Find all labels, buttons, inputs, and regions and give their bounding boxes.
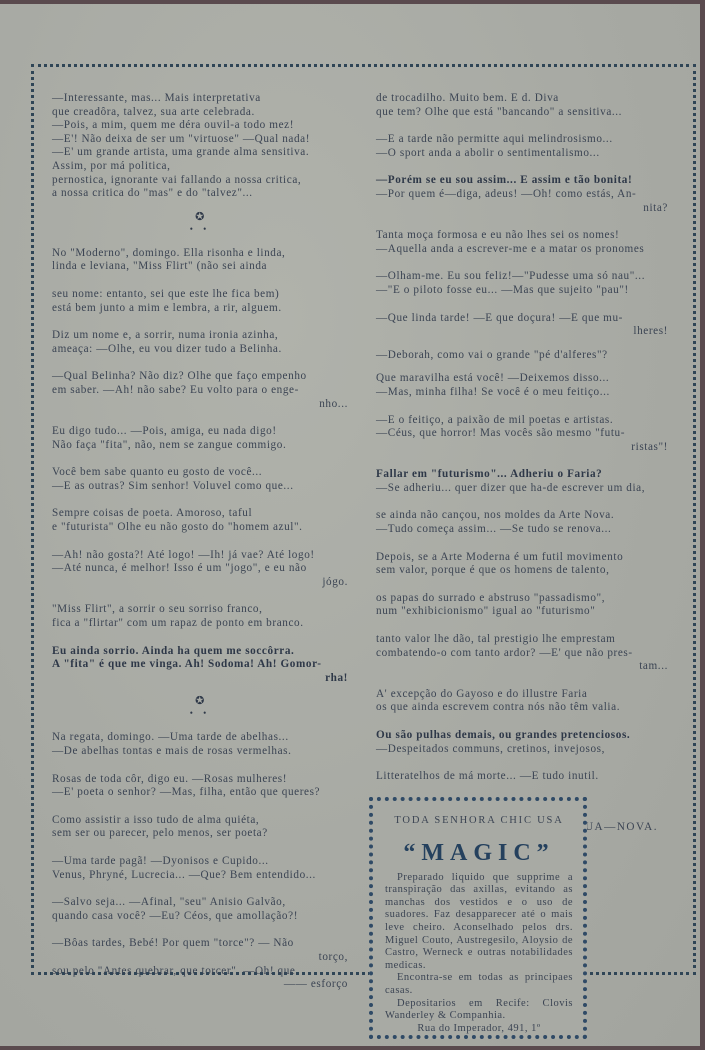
- poem-line: Não faça "fita", não, nem se zangue comm…: [52, 439, 348, 453]
- dots-ornament: • •: [52, 223, 348, 235]
- poem-right-column: de trocadilho. Muito bem. E d. Diva que …: [376, 92, 668, 835]
- poem-line: Você bem sabe quanto eu gosto de você...: [52, 466, 348, 480]
- stanza: —Uma tarde pagã! —Dyonisos e Cupido... V…: [52, 855, 348, 882]
- poem-line: —Tudo começa assim... —Se tudo se renova…: [376, 523, 668, 537]
- poem-line: —Uma tarde pagã! —Dyonisos e Cupido...: [52, 855, 348, 869]
- ad-availability: Encontra-se em todas as principaes casas…: [385, 972, 573, 997]
- poem-line: —Olham-me. Eu sou feliz!—"Pudesse uma só…: [376, 270, 668, 284]
- poem-line: —Até nunca, é melhor! Isso é um "jogo", …: [52, 562, 348, 576]
- stanza: se ainda não cançou, nos moldes da Arte …: [376, 509, 668, 536]
- poem-line: quando casa você? —Eu? Céos, que amollaç…: [52, 910, 348, 924]
- stanza: No "Moderno", domingo. Ella risonha e li…: [52, 247, 348, 274]
- stanza: Diz um nome e, a sorrir, numa ironia azi…: [52, 329, 348, 356]
- poem-line: em saber. —Ah! não sabe? Eu volto para o…: [52, 384, 348, 398]
- poem-line: de trocadilho. Muito bem. E d. Diva: [376, 92, 668, 106]
- stanza: de trocadilho. Muito bem. E d. Diva que …: [376, 92, 668, 119]
- poem-line: —E'! Não deixa de ser um "virtuose" —Qua…: [52, 133, 348, 147]
- stanza: Litteratelhos de má morte... —E tudo inu…: [376, 770, 668, 784]
- stanza: —Porém se eu sou assim... E assim e tão …: [376, 174, 668, 215]
- poem-line-tail: ristas"!: [376, 441, 668, 455]
- poem-line: pernostica, ignorante vai fallando a nos…: [52, 174, 348, 188]
- poem-line-tail: torço,: [52, 951, 348, 965]
- ad-headline: TODA SENHORA CHIC USA: [385, 815, 573, 828]
- poem-line: Venus, Phryné, Lucrecia... —Que? Bem ent…: [52, 869, 348, 883]
- stanza: —Que linda tarde! —E que doçura! —E que …: [376, 312, 668, 339]
- poem-line: combatendo-o com tanto ardor? —E' que nã…: [376, 647, 668, 661]
- poem-line: —De abelhas tontas e mais de rosas verme…: [52, 745, 348, 759]
- poem-line: Fallar em "futurismo"... Adheriu o Faria…: [376, 468, 668, 482]
- poem-line: —Interessante, mas... Mais interpretativ…: [52, 92, 348, 106]
- ad-depositaries: Depositarios em Recife: Clovis Wanderley…: [385, 998, 573, 1023]
- stanza: Eu ainda sorrio. Ainda ha quem me soccôr…: [52, 645, 348, 686]
- poem-line: que creadôra, talvez, sua arte celebrada…: [52, 106, 348, 120]
- stanza: Depois, se a Arte Moderna é um futil mov…: [376, 551, 668, 578]
- magic-advertisement: TODA SENHORA CHIC USA “MAGIC” Preparado …: [369, 797, 587, 1039]
- poem-line: linda e leviana, "Miss Flirt" (não sei a…: [52, 260, 348, 274]
- poem-line: —Bôas tardes, Bebé! Por quem "torce"? — …: [52, 937, 348, 951]
- poem-line-tail: lheres!: [376, 325, 668, 339]
- poem-line: e "futurista" Olhe eu não gosto do "home…: [52, 521, 348, 535]
- stanza: Rosas de toda côr, digo eu. —Rosas mulhe…: [52, 773, 348, 800]
- poem-line-tail: —— esforço: [52, 978, 348, 992]
- poem-line: —Despeitados communs, cretinos, invejoso…: [376, 743, 668, 757]
- poem-line: tanto valor lhe dão, tal prestigio lhe e…: [376, 633, 668, 647]
- poem-line: No "Moderno", domingo. Ella risonha e li…: [52, 247, 348, 261]
- poem-line: A "fita" é que me vinga. Ah! Sodoma! Ah!…: [52, 658, 348, 672]
- poem-line: ameaça: —Olhe, eu vou dizer tudo a Belin…: [52, 343, 348, 357]
- poem-line-tail: nita?: [376, 202, 668, 216]
- poem-line: Assim, por má politica,: [52, 160, 348, 174]
- star-ornament-icon: ✪: [52, 695, 348, 707]
- poem-line: —E o feitiço, a paixão de mil poetas e a…: [376, 414, 668, 428]
- poem-line: —Ah! não gosta?! Até logo! —Ih! já vae? …: [52, 549, 348, 563]
- poem-line: está bem junto a mim e lembra, a rir, al…: [52, 302, 348, 316]
- ad-body-text: Preparado liquido que supprime a transpi…: [385, 872, 573, 973]
- stanza: seu nome: entanto, sei que este lhe fica…: [52, 288, 348, 315]
- section-ornament: ✪ • •: [52, 695, 348, 719]
- stanza: Sempre coisas de poeta. Amoroso, taful e…: [52, 507, 348, 534]
- ad-address: Rua do Imperador, 491, 1º: [385, 1023, 573, 1036]
- poem-line: —E a tarde não permitte aqui melindrosis…: [376, 133, 668, 147]
- poem-line: Ou são pulhas demais, ou grandes pretenc…: [376, 729, 668, 743]
- poem-line: —E' poeta o senhor? —Mas, filha, então q…: [52, 786, 348, 800]
- poem-line: A' excepção do Gayoso e do illustre Fari…: [376, 688, 668, 702]
- poem-line: sem valor, porque é que os homens de tal…: [376, 564, 668, 578]
- poem-line: Sempre coisas de poeta. Amoroso, taful: [52, 507, 348, 521]
- poem-line: —"E o piloto fosse eu... —Mas que sujeit…: [376, 284, 668, 298]
- poem-line: seu nome: entanto, sei que este lhe fica…: [52, 288, 348, 302]
- poem-line: os que ainda escrevem contra nós não têm…: [376, 701, 668, 715]
- poem-line: se ainda não cançou, nos moldes da Arte …: [376, 509, 668, 523]
- poem-line: —Se adheriu... quer dizer que ha-de escr…: [376, 482, 668, 496]
- poem-line: que tem? Olhe que está "bancando" a sens…: [376, 106, 668, 120]
- poem-line: Tanta moça formosa e eu não lhes sei os …: [376, 229, 668, 243]
- poem-line: Na regata, domingo. —Uma tarde de abelha…: [52, 731, 348, 745]
- poem-line: —Pois, a mim, quem me déra ouvil-a todo …: [52, 119, 348, 133]
- poem-line-tail: rha!: [52, 672, 348, 686]
- poem-line: a nossa critica do "mas" e do "talvez"..…: [52, 187, 348, 201]
- poem-line: num "exhibicionismo" igual ao "futurismo…: [376, 605, 668, 619]
- stanza: Que maravilha está você! —Deixemos disso…: [376, 372, 668, 399]
- poem-line: Como assistir a isso tudo de alma quiéta…: [52, 814, 348, 828]
- poem-line: —Qual Belinha? Não diz? Olhe que faço em…: [52, 370, 348, 384]
- stanza: Fallar em "futurismo"... Adheriu o Faria…: [376, 468, 668, 495]
- poem-line: Rosas de toda côr, digo eu. —Rosas mulhe…: [52, 773, 348, 787]
- stanza: —E o feitiço, a paixão de mil poetas e a…: [376, 414, 668, 455]
- poem-line: os papas do surrado e abstruso "passadis…: [376, 592, 668, 606]
- poem-line-tail: jógo.: [52, 576, 348, 590]
- poem-line: —Por quem é—diga, adeus! —Oh! como estás…: [376, 188, 668, 202]
- poem-line: Eu ainda sorrio. Ainda ha quem me soccôr…: [52, 645, 348, 659]
- star-ornament-icon: ✪: [52, 211, 348, 223]
- poem-line-tail: tam...: [376, 660, 668, 674]
- dots-ornament: • •: [52, 707, 348, 719]
- poem-line: Que maravilha está você! —Deixemos disso…: [376, 372, 668, 386]
- poem-line: —Que linda tarde! —E que doçura! —E que …: [376, 312, 668, 326]
- stanza: os papas do surrado e abstruso "passadis…: [376, 592, 668, 619]
- stanza: Como assistir a isso tudo de alma quiéta…: [52, 814, 348, 841]
- stanza: —E a tarde não permitte aqui melindrosis…: [376, 133, 668, 160]
- magazine-page: —Interessante, mas... Mais interpretativ…: [0, 4, 700, 1046]
- poem-line-tail: nho...: [52, 398, 348, 412]
- poem-line: Depois, se a Arte Moderna é um futil mov…: [376, 551, 668, 565]
- stanza: —Salvo seja... —Afinal, "seu" Anisio Gal…: [52, 896, 348, 923]
- poem-line: —E as outras? Sim senhor! Voluvel como q…: [52, 480, 348, 494]
- stanza: —Deborah, como vai o grande "pé d'alfere…: [376, 349, 668, 363]
- stanza: —Interessante, mas... Mais interpretativ…: [52, 92, 348, 201]
- poem-left-column: —Interessante, mas... Mais interpretativ…: [52, 92, 348, 992]
- stanza: Tanta moça formosa e eu não lhes sei os …: [376, 229, 668, 256]
- stanza: Eu digo tudo... —Pois, amiga, eu nada di…: [52, 425, 348, 452]
- stanza: Você bem sabe quanto eu gosto de você...…: [52, 466, 348, 493]
- poem-line: sou pelo "Antes quebrar, que torcer". —O…: [52, 965, 348, 979]
- poem-line: —O sport anda a abolir o sentimentalismo…: [376, 147, 668, 161]
- poem-line: Diz um nome e, a sorrir, numa ironia azi…: [52, 329, 348, 343]
- poem-line: —E' um grande artista, uma grande alma s…: [52, 146, 348, 160]
- poem-line: —Deborah, como vai o grande "pé d'alfere…: [376, 349, 668, 363]
- poem-line: —Mas, minha filha! Se você é o meu feiti…: [376, 386, 668, 400]
- stanza: "Miss Flirt", a sorrir o seu sorriso fra…: [52, 603, 348, 630]
- poem-line: —Céus, que horror! Mas vocês são mesmo "…: [376, 427, 668, 441]
- poem-line: —Porém se eu sou assim... E assim e tão …: [376, 174, 668, 188]
- poem-line: Litteratelhos de má morte... —E tudo inu…: [376, 770, 668, 784]
- poem-line: —Salvo seja... —Afinal, "seu" Anisio Gal…: [52, 896, 348, 910]
- stanza: —Olham-me. Eu sou feliz!—"Pudesse uma só…: [376, 270, 668, 297]
- section-ornament: ✪ • •: [52, 211, 348, 235]
- poem-line: sem ser ou parecer, pelo menos, ser poet…: [52, 827, 348, 841]
- poem-line: —Aquella anda a escrever-me e a matar os…: [376, 243, 668, 257]
- stanza: —Ah! não gosta?! Até logo! —Ih! já vae? …: [52, 549, 348, 590]
- poem-line: Eu digo tudo... —Pois, amiga, eu nada di…: [52, 425, 348, 439]
- poem-line: "Miss Flirt", a sorrir o seu sorriso fra…: [52, 603, 348, 617]
- stanza: Ou são pulhas demais, ou grandes pretenc…: [376, 729, 668, 756]
- stanza: Na regata, domingo. —Uma tarde de abelha…: [52, 731, 348, 758]
- stanza: —Qual Belinha? Não diz? Olhe que faço em…: [52, 370, 348, 411]
- stanza: —Bôas tardes, Bebé! Por quem "torce"? — …: [52, 937, 348, 991]
- stanza: tanto valor lhe dão, tal prestigio lhe e…: [376, 633, 668, 674]
- poem-line: fica a "flirtar" com um rapaz de ponto e…: [52, 617, 348, 631]
- stanza: A' excepção do Gayoso e do illustre Fari…: [376, 688, 668, 715]
- ad-brand-name: “MAGIC”: [385, 838, 573, 868]
